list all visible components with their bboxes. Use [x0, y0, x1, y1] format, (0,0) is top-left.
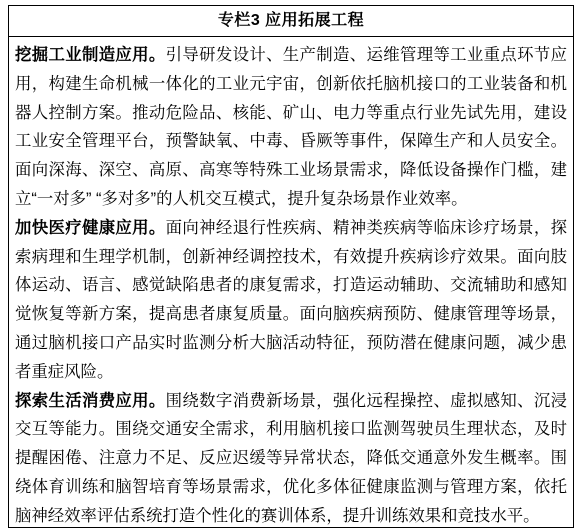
paragraph-medical-text: 面向神经退行性疾病、精神类疾病等临床诊疗场景，探索病理和生理学机制，创新神经调控…	[15, 219, 567, 381]
paragraph-consumer: 探索生活消费应用。围绕数字消费新场景，强化远程操控、虚拟感知、沉浸交互等能力。围…	[15, 387, 567, 528]
paragraph-industry: 挖掘工业制造应用。引导研发设计、生产制造、运维管理等工业重点环节应用，构建生命机…	[15, 41, 567, 214]
feature-box-title: 专栏3 应用拓展工程	[218, 13, 364, 29]
paragraph-consumer-lead: 探索生活消费应用。	[15, 392, 166, 410]
paragraph-consumer-text: 围绕数字消费新场景，强化远程操控、虚拟感知、沉浸交互等能力。围绕交通安全需求，利…	[15, 392, 567, 525]
feature-box-header: 专栏3 应用拓展工程	[9, 6, 573, 37]
feature-box: 专栏3 应用拓展工程 挖掘工业制造应用。引导研发设计、生产制造、运维管理等工业重…	[8, 5, 574, 528]
feature-box-body: 挖掘工业制造应用。引导研发设计、生产制造、运维管理等工业重点环节应用，构建生命机…	[9, 37, 573, 528]
paragraph-industry-text: 引导研发设计、生产制造、运维管理等工业重点环节应用，构建生命机械一体化的工业元宇…	[15, 46, 567, 208]
paragraph-medical-lead: 加快医疗健康应用。	[15, 219, 166, 237]
paragraph-medical: 加快医疗健康应用。面向神经退行性疾病、精神类疾病等临床诊疗场景，探索病理和生理学…	[15, 214, 567, 387]
paragraph-industry-lead: 挖掘工业制造应用。	[15, 46, 166, 64]
